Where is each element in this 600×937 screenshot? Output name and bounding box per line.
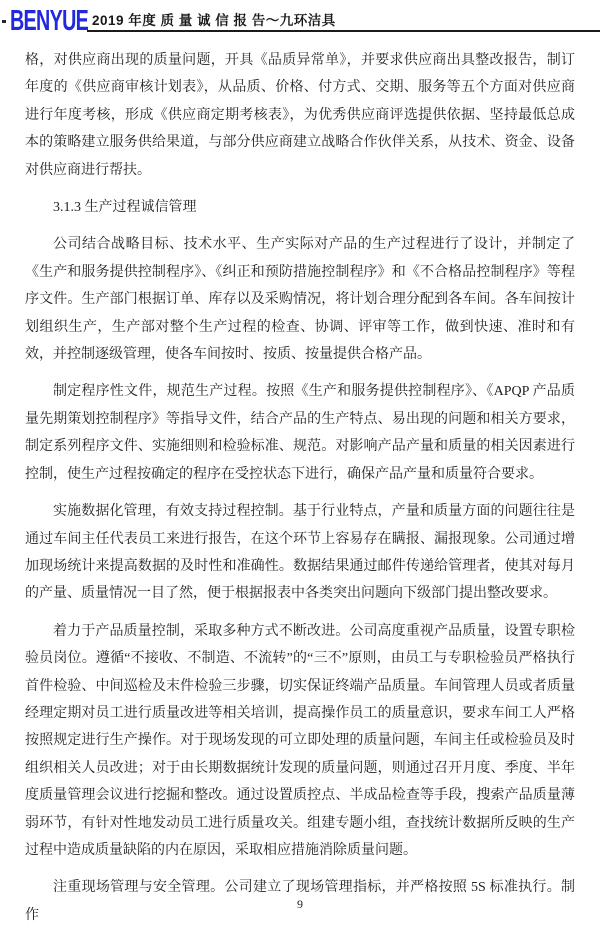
page-number: 9 <box>0 897 600 912</box>
paragraph-procedure-documents: 制定程序性文件，规范生产过程。按照《生产和服务提供控制程序》、《APQP 产品质… <box>25 378 575 488</box>
company-logo: BENYUE <box>10 5 88 38</box>
section-heading-3-1-3: 3.1.3 生产过程诚信管理 <box>25 194 575 221</box>
paragraph-supplier-continuation: 格，对供应商出现的质量问题，开具《品质异常单》，并要求供应商出具整改报告，制订年… <box>25 47 575 184</box>
paragraph-quality-control: 着力于产品质量控制，采取多种方式不断改进。公司高度重视产品质量，设置专职检验员岗… <box>25 618 575 865</box>
header-divider-rule <box>87 30 600 32</box>
logo-dot <box>2 20 6 23</box>
document-body: 格，对供应商出现的质量问题，开具《品质异常单》，并要求供应商出具整改报告，制订年… <box>25 47 575 937</box>
report-title: 2019 年度 质 量 诚 信 报 告～九环洁具 <box>92 9 336 29</box>
page-header: BENYUE 2019 年度 质 量 诚 信 报 告～九环洁具 <box>0 0 600 42</box>
paragraph-production-process-design: 公司结合战略目标、技术水平、生产实际对产品的生产过程进行了设计，并制定了《生产和… <box>25 231 575 368</box>
document-page: BENYUE 2019 年度 质 量 诚 信 报 告～九环洁具 格，对供应商出现… <box>0 0 600 937</box>
paragraph-data-management: 实施数据化管理，有效支持过程控制。基于行业特点，产量和质量方面的问题往往是通过车… <box>25 498 575 608</box>
